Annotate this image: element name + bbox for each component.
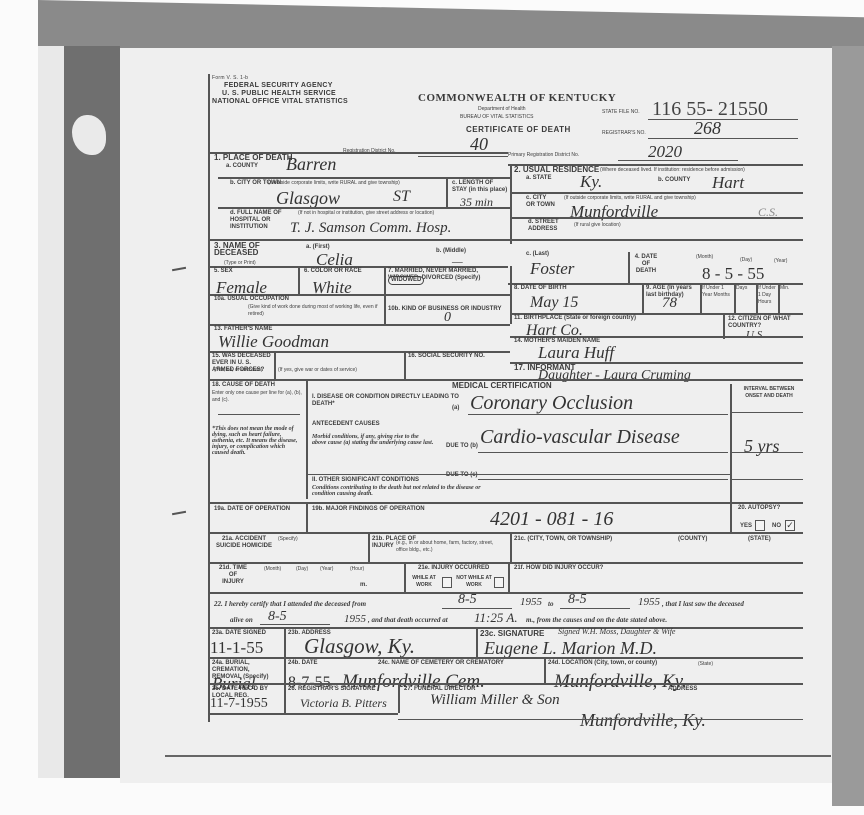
date-received: 11-7-1955 [210,696,268,712]
cert-text-3: , and that death occurred at [368,616,448,624]
alive-on-label: alive on [230,616,253,624]
photo-left-margin [38,46,64,778]
cause-footnote: *This does not mean the mode of dying, s… [212,426,302,456]
operation-code: 4201 - 081 - 16 [490,508,613,531]
accident-label: 21a. ACCIDENT SUICIDE HOMICIDE [214,536,274,550]
age-days-label: Days [736,285,756,292]
medical-certification-title: MEDICAL CERTIFICATION [452,382,552,389]
dod-month-label: (Month) [696,254,713,261]
injury-city-label: 21c. (CITY, TOWN, OR TOWNSHIP) [514,536,612,543]
photo-left-shadow [64,46,120,778]
physician-address: Glasgow, Ky. [304,634,415,659]
photo-bottom-rule [165,755,831,757]
sex-label: 5. SEX [214,268,233,275]
res-city: Munfordville [570,202,658,222]
deceased-name-label: 3. NAME OF DECEASED [214,242,284,256]
residence-note: (Where deceased lived. If institution: r… [600,167,800,174]
not-while-at-work-checkbox[interactable] [494,577,504,588]
pod-hospital-label: d. FULL NAME OF HOSPITAL OR INSTITUTION [230,210,290,231]
primary-registration-label: Primary Registration District No. [508,152,579,159]
cause-of-death-label: 18. CAUSE OF DEATH [212,382,275,389]
interval-b: 5 yrs [744,436,780,457]
agency-line1: FEDERAL SECURITY AGENCY [212,82,348,90]
marital-status-circled: WIDOWED [388,276,424,285]
injury-hour-label: (Hour) [350,566,364,573]
injury-county-label: (COUNTY) [678,536,707,543]
age-months-label: If Under 1 Year Months [702,285,732,299]
agency-line2: U. S. PUBLIC HEALTH SERVICE [212,90,348,98]
fd-address-label: ADDRESS [668,686,697,693]
dob-label: 8. DATE OF BIRTH [514,285,567,292]
attended-from: 8-5 [458,592,477,608]
injury-time-suffix: m. [360,582,367,589]
cause-a: Coronary Occlusion [470,392,633,415]
pod-county: Barren [286,154,336,175]
injury-time-label: 21d. TIME OF INJURY [218,565,248,586]
registrar-signature-label: 26. REGISTRAR'S SIGNATURE [288,686,375,693]
signature-label: 23c. SIGNATURE [480,630,544,637]
attended-to: 8-5 [568,592,587,608]
funeral-director: William Miller & Son [430,692,560,709]
res-street-note: (If rural give location) [574,222,621,229]
certificate-title: CERTIFICATE OF DEATH [466,125,571,134]
registrar-number: 268 [694,118,721,139]
dod-day-label: (Day) [740,257,752,264]
autopsy-yes-label: YES [740,523,752,530]
part2-note: Conditions contributing to the death but… [312,485,492,497]
antecedent-note: Morbid conditions, if any, giving rise t… [312,434,434,446]
state-title: COMMONWEALTH OF KENTUCKY [418,92,616,104]
armed-forces-note2: (If yes, give war or dates of service) [278,367,357,374]
injury-state-label: (STATE) [748,536,771,543]
death-certificate: Form V. S. 1-b FEDERAL SECURITY AGENCY U… [208,74,808,724]
cemetery-label: 24c. NAME OF CEMETERY OR CREMATORY [378,660,504,667]
while-at-work-label: WHILE AT WORK [406,575,442,589]
operation-date-label: 19a. DATE OF OPERATION [214,506,302,513]
res-state-label: a. STATE [526,175,551,182]
informant: Daughter - Laura Cruming [538,368,691,384]
occupation-label: 10a. USUAL OCCUPATION [214,296,304,303]
agency-block: Form V. S. 1-b FEDERAL SECURITY AGENCY U… [212,74,348,106]
registrar-signature: Victoria B. Pitters [300,696,387,711]
date-signed: 11-1-55 [210,638,263,658]
primary-registration: 2020 [648,142,682,162]
year-2: 1955 [638,596,660,608]
form-number: Form V. S. 1-b [212,74,348,82]
injury-how-label: 21f. HOW DID INJURY OCCUR? [514,565,603,572]
signature-note: Signed W.H. Moss, Daughter & Wife [558,627,675,636]
mother-maiden-name: Laura Huff [538,343,614,363]
res-street-label: d. STREET ADDRESS [528,219,568,233]
fd-address: Munfordville, Ky. [580,710,706,731]
date-of-birth: May 15 [530,294,578,312]
ssn-label: 16. SOCIAL SECURITY NO. [408,353,508,360]
registrar-no-label: REGISTRAR'S NO. [602,130,646,137]
place-of-death-label: 1. PLACE OF DEATH [214,154,293,161]
accident-note: (Specify) [278,536,298,543]
autopsy-yes-checkbox[interactable] [755,520,765,531]
citizen: U.S. [746,329,765,341]
state-file-label: STATE FILE NO. [602,109,640,116]
injury-occurred-label: 21e. INJURY OCCURRED [418,565,489,572]
father-name: Willie Goodman [218,332,329,352]
dod-year-label: (Year) [774,258,787,265]
birthplace-label: 11. BIRTHPLACE (State or foreign country… [514,315,636,322]
age-min-label: Min. [780,285,800,292]
death-time: 11:25 A. [474,610,518,626]
res-state: Ky. [580,172,602,192]
agency-line3: NATIONAL OFFICE VITAL STATISTICS [212,98,348,106]
autopsy-label: 20. AUTOPSY? [738,505,780,512]
due-to-b-label: DUE TO (b) [446,443,478,450]
age-hours-label: If Under 1 Day Hours [758,285,778,306]
year-3: 1955 [344,613,366,625]
injury-place-note: (e.g., in or about home, farm, factory, … [396,540,506,554]
date-of-death: 8 - 5 - 55 [702,264,764,284]
autopsy-no-label: NO [772,523,781,530]
injury-day-label: (Day) [296,566,308,573]
res-city-note: (If outside corporate limits, write RURA… [564,195,784,202]
pod-county-label: a. COUNTY [226,163,258,170]
cert-to-label: to [548,600,553,608]
res-county-label: b. COUNTY [658,177,690,184]
occupation-note: (Give kind of work done during most of w… [248,304,384,318]
last-name-label: c. (Last) [526,251,549,258]
injury-year-label: (Year) [320,566,333,573]
part2-label: II. OTHER SIGNIFICANT CONDITIONS [312,477,419,484]
burial-location-label: 24d. LOCATION (City, town, or county) [548,660,657,667]
not-while-at-work-label: NOT WHILE AT WORK [454,575,494,589]
photo-right-shadow [832,46,864,806]
res-city-label: c. CITY OR TOWN [526,195,556,209]
pod-hospital-note: (If not in hospital or institution, give… [298,210,498,217]
interval-label: INTERVAL BETWEEN ONSET AND DEATH [736,386,802,400]
res-county: Hart [712,173,744,193]
part1-label: I. DISEASE OR CONDITION DIRECTLY LEADING… [312,394,462,408]
pod-stay-label: c. LENGTH OF STAY (in this place) [452,180,508,194]
autopsy-no-checkbox[interactable]: ✓ [785,520,795,531]
department-name: Department of Health [478,106,526,112]
pod-city-note: (If outside corporate limits, write RURA… [268,180,438,187]
alive-on: 8-5 [268,609,287,625]
bureau-name: BUREAU OF VITAL STATISTICS [460,114,533,120]
year-1: 1955 [520,596,542,608]
cause-note: Enter only one cause per line for (a), (… [212,390,302,404]
citizen-label: 12. CITIZEN OF WHAT COUNTRY? [728,316,798,330]
while-at-work-checkbox[interactable] [442,577,452,588]
antecedent-label: ANTECEDENT CAUSES [312,421,380,428]
last-name: Foster [530,259,574,279]
date-of-death-label: 4. DATE OF DEATH [632,254,660,275]
cert-text-4: m., from the causes and on the date stat… [526,616,667,624]
cert-text-2: , that I last saw the deceased [662,600,744,608]
cause-b: Cardio-vascular Disease [480,426,680,449]
cert-text-1: 22. I hereby certify that I attended the… [214,600,366,608]
date-signed-label: 23a. DATE SIGNED [212,630,266,637]
burial-date-label: 24b. DATE [288,660,318,667]
race-label: 6. COLOR OR RACE [304,268,362,275]
physician-signature: Eugene L. Marion M.D. [484,638,657,659]
pod-city: Glasgow [276,188,340,209]
burial-location: Munfordville, Ky. [554,671,687,693]
pod-city-extra: ST [393,188,410,206]
injury-month-label: (Month) [264,566,281,573]
armed-forces-note1: (Yes, no, or unknown) [214,367,262,374]
cause-a-prefix: (a) [452,405,459,412]
burial-state-label: (State) [698,661,713,668]
form-left-border [208,74,210,722]
age: 78 [662,295,677,312]
operation-findings-label: 19b. MAJOR FINDINGS OF OPERATION [312,506,425,513]
pod-hospital: T. J. Samson Comm. Hosp. [290,220,451,237]
